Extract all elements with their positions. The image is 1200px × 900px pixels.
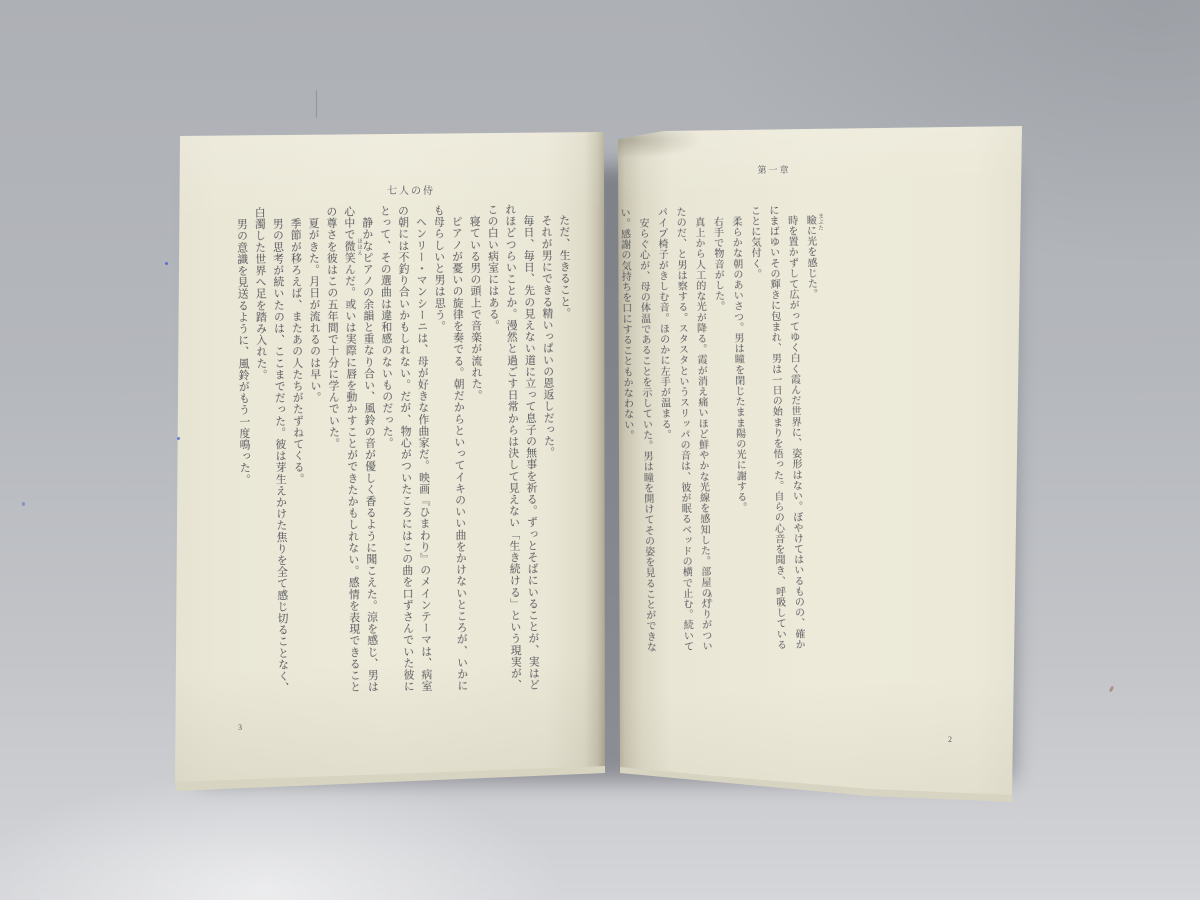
furigana-mabuta: まぶた <box>816 213 824 231</box>
photo-scratch <box>316 90 317 118</box>
left-page-text: ただ、生きること。 それが男にできる精いっぱいの恩返しだった。 毎日、毎日、先の… <box>231 203 578 707</box>
photo-speck <box>1109 686 1114 693</box>
right-chapter-heading: 第一章 <box>738 163 810 176</box>
left-page-number: 3 <box>238 723 242 732</box>
right-page-text: 瞼に光を感じた。 時を置かずして広がってゆく白く霞んだ世界に、姿形はない。ぼやけ… <box>613 204 826 660</box>
photo-speck <box>22 502 25 506</box>
right-page-number: 2 <box>948 735 952 744</box>
furigana-hohoemi: ほほえ <box>355 238 363 256</box>
photo-scene: 七人の侍 第一章 瞼に光を感じた。 時を置かずして広がってゆく白く霞んだ世界に、… <box>0 0 1200 900</box>
photo-speck <box>165 262 168 265</box>
photo-speck <box>177 437 180 440</box>
left-running-title: 七人の侍 <box>370 182 452 197</box>
furigana-akari: あか <box>705 592 713 604</box>
